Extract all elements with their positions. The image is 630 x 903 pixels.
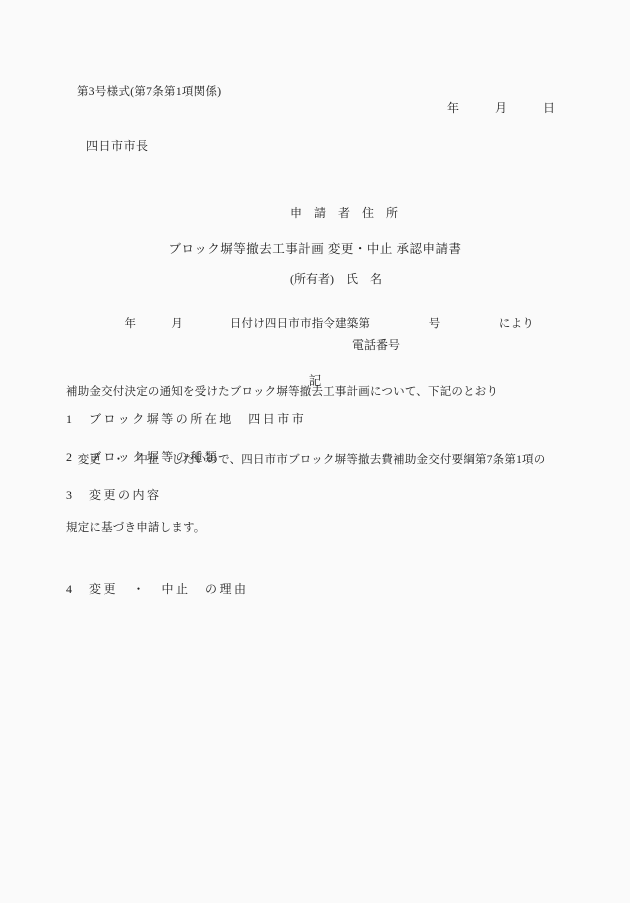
item-change-details: 3 変更の内容 bbox=[66, 486, 162, 503]
addressee-mayor-label: 四日市市長 bbox=[86, 137, 149, 154]
document-title: ブロック塀等撤去工事計画 変更・中止 承認申請書 bbox=[0, 239, 630, 257]
record-heading: 記 bbox=[0, 371, 630, 389]
form-number-note: 第3号様式(第7条第1項関係) bbox=[77, 83, 221, 99]
item-block-wall-type: 2 ブロック塀等の種類 bbox=[66, 448, 219, 465]
date-fill-in-line: 年 月 日 bbox=[447, 99, 555, 116]
body-line-grant-notice-date: 年 月 日付け四日市市指令建築第 号 により bbox=[66, 313, 596, 336]
item-change-cancel-reason: 4 変更 ・ 中止 の理由 bbox=[66, 580, 249, 597]
applicant-address-label: 申 請 者 住 所 bbox=[290, 202, 400, 224]
body-line-application-statement: 規定に基づき申請します。 bbox=[66, 517, 596, 540]
item-block-wall-location: 1 ブロック塀等の所在地 四日市市 bbox=[66, 410, 306, 427]
application-form-page: 第3号様式(第7条第1項関係) 年 月 日 四日市市長 申 請 者 住 所 (所… bbox=[0, 0, 630, 903]
